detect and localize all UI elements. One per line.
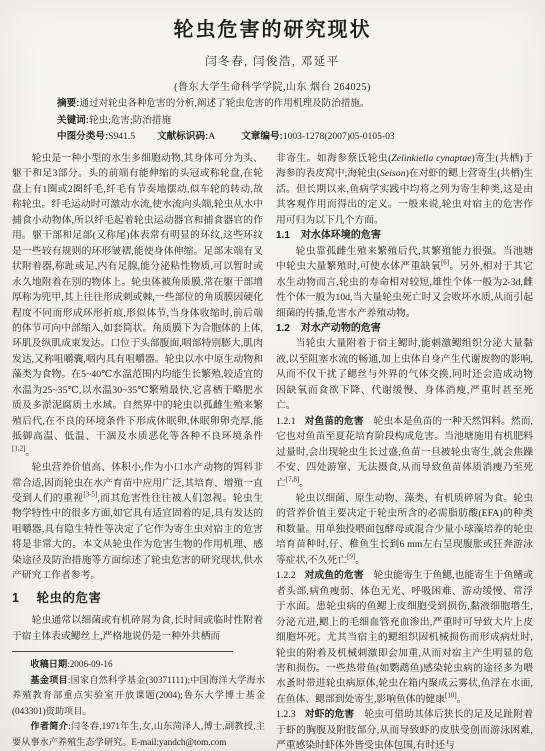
fund-project-label: 基金项目: [30, 675, 68, 685]
footnote-fund-project: 基金项目:国家自然科学基金(30371111);中国海洋大学海水养殖教育部重点实…: [12, 673, 265, 720]
section-1-1-heading: 1.1对水体环境的危害: [276, 228, 533, 243]
paragraph-gill-damage: 当轮虫大量附着于宿主鳃时,能刺激鳃组织分泌大量黏液,以至阻塞水流的畅通,加上虫体…: [276, 336, 533, 413]
doc-code-label: 文献标识码:: [157, 131, 208, 142]
section-1-2-heading: 1.2对水产动物的危害: [276, 321, 533, 336]
paragraph-rotifer-nutrition: 轮虫以细菌、原生动物、藻类、有机质碎屑为食。轮虫的营养价值主要决定于轮虫所含的必…: [276, 491, 533, 568]
section-1-2-3-title: 对虾的危害: [305, 709, 355, 720]
clc-label: 中图分类号:: [57, 131, 108, 142]
article-meta: 摘要:通过对轮虫各种危害的分析,阐述了轮虫危害的作用机理及防治措施。 关键词:轮…: [57, 96, 497, 146]
paragraph-fry-harm: 1.2.1对鱼苗的危害轮虫本是鱼苗的一种天然饵料。然而,它也对鱼苗至夏花培育阶段…: [276, 414, 533, 491]
doc-code-value: A: [208, 131, 215, 142]
journal-page: 轮虫危害的研究现状 闫冬春, 闫俊浩, 邓延平 (鲁东大学生命科学学院,山东 烟…: [0, 0, 545, 751]
footnote-received-date: 收稿日期:2006-09-16: [12, 657, 265, 673]
section-1-2-2-number: 1.2.2: [276, 570, 296, 581]
received-date-value: :2006-09-16: [67, 659, 112, 669]
article-no-label: 文章编号:: [241, 131, 283, 142]
authors-line: 闫冬春, 闫俊浩, 邓延平: [0, 53, 545, 69]
footnote-block: 收稿日期:2006-09-16 基金项目:国家自然科学基金(30371111);…: [12, 651, 265, 751]
section-1-2-title: 对水产动物的危害: [301, 323, 381, 334]
author-bio-label: 作者简介: [30, 721, 68, 731]
paragraph-adult-fish-harm: 1.2.2对成鱼的危害轮虫能寄生于鱼鳃,也能寄生于鱼鳍或者头部,病鱼瘦弱、体色无…: [276, 568, 533, 707]
classification-row: 中图分类号:S941.5文献标识码:A文章编号:1003-1278(2007)0…: [57, 129, 497, 146]
section-1-heading: 1轮虫的危害: [12, 591, 263, 606]
abstract-text: 通过对轮虫各种危害的分析,阐述了轮虫危害的作用机理及防治措施。: [79, 98, 369, 109]
section-1-2-3-number: 1.2.3: [276, 709, 296, 720]
column-right: 非寄生。如海参蔡氏轮虫(Zelinkiella cynaptae)寄生(共栖)于…: [276, 151, 533, 751]
paragraph-harm-continued: 非寄生。如海参蔡氏轮虫(Zelinkiella cynaptae)寄生(共栖)于…: [276, 151, 533, 228]
footnote-divider: [12, 651, 233, 652]
section-1-2-2-title: 对成鱼的危害: [305, 570, 364, 581]
section-1-title: 轮虫的危害: [36, 591, 101, 605]
keywords-label: 关键词:: [57, 115, 89, 126]
section-1-2-1-number: 1.2.1: [276, 416, 296, 427]
affiliation-line: (鲁东大学生命科学学院,山东 烟台 264025): [0, 78, 545, 93]
paragraph-water-environment: 轮虫靠孤雌生殖来繁殖后代,其繁殖能力很强。当池塘中轮虫大量繁殖时,可使水体严重缺…: [276, 244, 533, 321]
article-no-value: 1003-1278(2007)05-0105-03: [283, 131, 395, 142]
article-title: 轮虫危害的研究现状: [0, 0, 545, 42]
section-1-2-2-text: 轮虫能寄生于鱼鳃,也能寄生于鱼鳍或者头部,病鱼瘦弱、体色无光、呼吸困难、游动缓慢…: [276, 570, 533, 705]
column-left: 轮虫是一种小型的水生多细胞动物,其身体可分为头、躯干和足3部分。头的前端有能伸缩…: [12, 151, 263, 648]
paragraph-harm-start: 轮虫通常以细菌或有机碎屑为食,长时间或临时性附着于宿主体表或鳃丝上,严格地说仍是…: [12, 613, 263, 644]
footnote-author-bio: 作者简介:闫冬春,1971年生,女,山东菏泽人,博士,副教授,主要从事水产养殖生…: [12, 719, 265, 750]
section-1-number: 1: [12, 591, 19, 605]
paragraph-rotifer-biology: 轮虫是一种小型的水生多细胞动物,其身体可分为头、躯干和足3部分。头的前端有能伸缩…: [12, 151, 263, 460]
clc-value: S941.5: [108, 131, 135, 142]
keywords-text: 轮虫;危害;防治措施: [89, 115, 171, 126]
section-1-2-1-title: 对鱼苗的危害: [305, 416, 364, 427]
paragraph-shrimp-harm: 1.2.3对虾的危害轮虫可借助其体后狭长的足及足趾附着于虾的胸腹及附肢部分,从而…: [276, 707, 533, 751]
paragraph-rotifer-value: 轮虫营养价值高、体积小,作为小口水产动物的饵料非常合适,因而轮虫在水产育苗中应用…: [12, 460, 263, 584]
abstract-label: 摘要:: [57, 98, 79, 109]
section-1-1-number: 1.1: [276, 230, 290, 241]
received-date-label: 收稿日期: [30, 659, 67, 669]
section-1-1-title: 对水体环境的危害: [301, 230, 381, 241]
section-1-2-number: 1.2: [276, 323, 290, 334]
keywords-row: 关键词:轮虫;危害;防治措施: [57, 113, 497, 130]
abstract-row: 摘要:通过对轮虫各种危害的分析,阐述了轮虫危害的作用机理及防治措施。: [57, 96, 497, 113]
